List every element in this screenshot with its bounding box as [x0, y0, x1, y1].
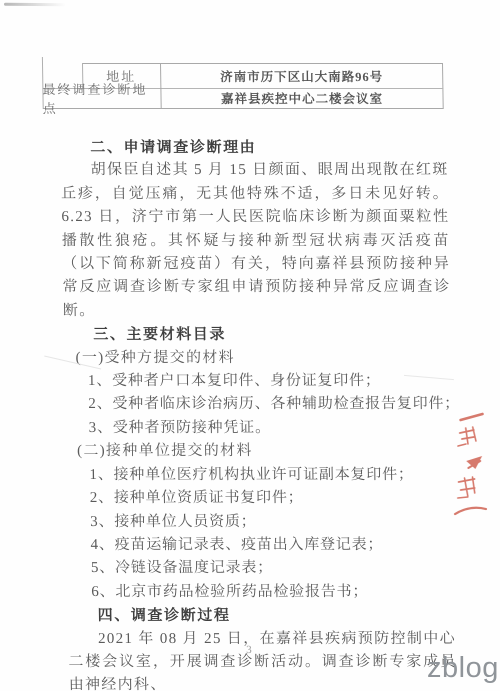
table-row-label: 最终调查诊断地点	[42, 88, 160, 108]
list-item: 4、疫苗运输记录表、疫苗出入库登记表；	[66, 534, 454, 557]
red-stamp-fragment	[450, 406, 496, 520]
subsection-heading: (二)接种单位提交的材料	[65, 440, 453, 463]
subsection-heading: (一)受种方提交的材料	[63, 347, 451, 370]
list-item: 1、受种者户口本复印件、身份证复印件；	[64, 370, 452, 393]
section-heading: 二、申请调查诊断理由	[60, 136, 448, 159]
list-item: 2、受种者临床诊治病历、各种辅助检查报告复印件；	[64, 393, 452, 416]
info-table: 地址 济南市历下区山大南路96号 最终调查诊断地点 嘉祥县疾控中心二楼会议室	[42, 63, 444, 108]
table-row-value: 济南市历下区山大南路96号	[160, 63, 443, 88]
table-row-value: 嘉祥县疾控中心二楼会议室	[160, 88, 443, 108]
watermark: zblog	[427, 652, 499, 685]
list-item: 5、冷链设备温度记录表；	[67, 557, 455, 580]
document-body: 二、申请调查诊断理由 胡保臣自述其 5 月 15 日颜面、眼周出现散在红斑丘疹，…	[60, 136, 457, 691]
section-heading: 四、调查诊断过程	[67, 604, 455, 627]
paragraph: 胡保臣自述其 5 月 15 日颜面、眼周出现散在红斑丘疹，自觉压痛，无其他特殊不…	[61, 159, 452, 323]
paragraph: 2021 年 08 月 25 日，在嘉祥县疾病预防控制中心二楼会议室，开展调查诊…	[68, 628, 457, 691]
scanned-document-page: 地址 济南市历下区山大南路96号 最终调查诊断地点 嘉祥县疾控中心二楼会议室 二…	[0, 0, 500, 691]
list-item: 3、接种单位人员资质；	[66, 511, 454, 534]
list-item: 6、北京市药品检验所药品检验报告书；	[67, 581, 455, 604]
list-item: 1、接种单位医疗机构执业许可证副本复印件；	[65, 464, 453, 487]
list-item: 2、接种单位资质证书复印件；	[66, 487, 454, 510]
section-heading: 三、主要材料目录	[63, 323, 451, 346]
scan-content: 地址 济南市历下区山大南路96号 最终调查诊断地点 嘉祥县疾控中心二楼会议室 二…	[0, 0, 500, 691]
list-item: 3、受种者预防接种凭证。	[65, 417, 453, 440]
page-number: 3	[246, 644, 253, 656]
